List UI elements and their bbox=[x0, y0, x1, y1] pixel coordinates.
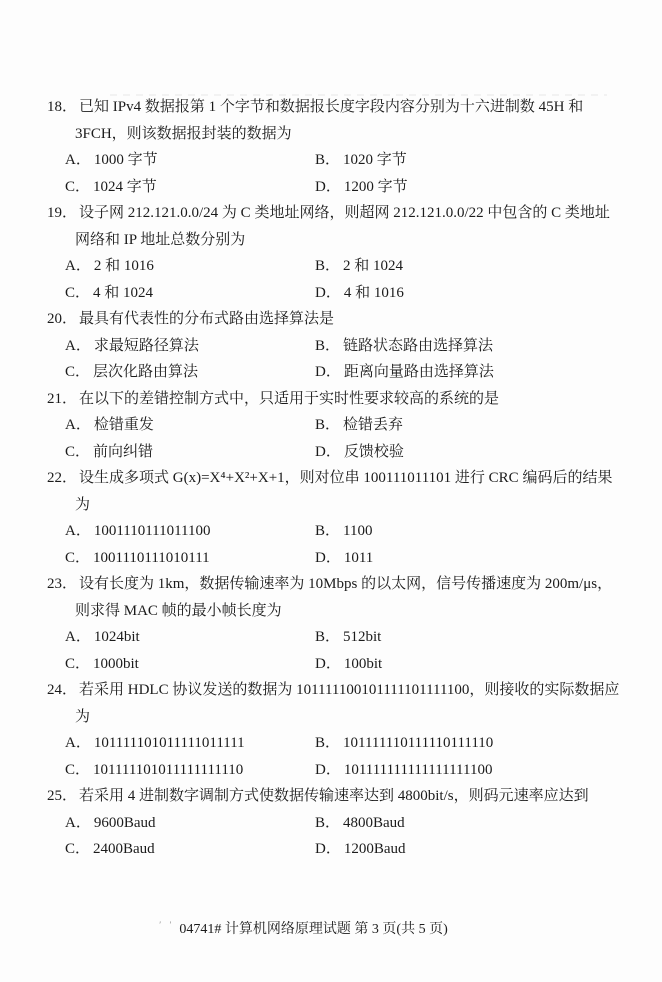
option-label: D． bbox=[315, 762, 341, 778]
option-text: 检错重发 bbox=[94, 417, 154, 433]
question-number: 23． bbox=[47, 576, 77, 592]
question-stem-text: 为 bbox=[75, 497, 90, 513]
option-c: C．1000bit bbox=[65, 651, 315, 678]
option-d: D．反馈校验 bbox=[315, 439, 632, 466]
options-row: A．1000 字节 B．1020 字节 bbox=[65, 147, 632, 174]
option-d: D．1200 字节 bbox=[315, 174, 632, 201]
option-text: 1200 字节 bbox=[344, 179, 408, 195]
option-text: 检错丢弃 bbox=[343, 417, 403, 433]
option-label: D． bbox=[315, 444, 341, 460]
option-c: C．前向纠错 bbox=[65, 439, 315, 466]
option-text: 1024 字节 bbox=[93, 179, 157, 195]
question-20: 20．最具有代表性的分布式路由选择算法是 A．求最短路径算法 B．链路状态路由选… bbox=[47, 306, 632, 386]
question-stem-text: 网络和 IP 地址总数分别为 bbox=[75, 232, 245, 248]
question-stem-text: 设生成多项式 G(x)=X⁴+X²+X+1，则对位串 100111011101 … bbox=[79, 470, 612, 486]
option-text: 101111101011111011111 bbox=[94, 735, 245, 751]
option-label: B． bbox=[315, 523, 340, 539]
option-label: C． bbox=[65, 364, 90, 380]
options-group: A．9600Baud B．4800Baud C．2400Baud D．1200B… bbox=[47, 810, 632, 863]
option-a: A．2 和 1016 bbox=[65, 253, 315, 280]
option-label: D． bbox=[315, 550, 341, 566]
option-a: A．1000 字节 bbox=[65, 147, 315, 174]
option-label: C． bbox=[65, 550, 90, 566]
option-c: C．4 和 1024 bbox=[65, 280, 315, 307]
options-group: A．2 和 1016 B．2 和 1024 C．4 和 1024 D．4 和 1… bbox=[47, 253, 632, 306]
option-label: C． bbox=[65, 444, 90, 460]
option-a: A．求最短路径算法 bbox=[65, 333, 315, 360]
option-b: B．检错丢弃 bbox=[315, 412, 632, 439]
question-number: 20． bbox=[47, 311, 77, 327]
option-c: C．1001110111010111 bbox=[65, 545, 315, 572]
question-number: 21． bbox=[47, 391, 77, 407]
question-stem-text: 设有长度为 1km，数据传输速率为 10Mbps 的以太网，信号传播速度为 20… bbox=[79, 576, 612, 592]
option-label: B． bbox=[315, 338, 340, 354]
option-text: 2 和 1016 bbox=[94, 258, 154, 274]
option-text: 1001110111011100 bbox=[94, 523, 211, 539]
question-stem: 22．设生成多项式 G(x)=X⁴+X²+X+1，则对位串 1001110111… bbox=[47, 465, 632, 492]
footer-text: 04741# 计算机网络原理试题 第 3 页(共 5 页) bbox=[179, 922, 447, 937]
question-number: 19． bbox=[47, 205, 77, 221]
option-text: 1020 字节 bbox=[343, 152, 407, 168]
question-number: 22． bbox=[47, 470, 77, 486]
options-row: C．1000bit D．100bit bbox=[65, 651, 632, 678]
option-label: B． bbox=[315, 735, 340, 751]
option-text: 求最短路径算法 bbox=[94, 338, 199, 354]
footer-stray-marks: ′ ′ bbox=[159, 920, 174, 930]
question-25: 25．若采用 4 进制数字调制方式使数据传输速率达到 4800bit/s，则码元… bbox=[47, 783, 632, 863]
option-d: D．100bit bbox=[315, 651, 632, 678]
question-stem: 21．在以下的差错控制方式中，只适用于实时性要求较高的系统的是 bbox=[47, 386, 632, 413]
option-d: D．1200Baud bbox=[315, 836, 632, 863]
option-c: C．层次化路由算法 bbox=[65, 359, 315, 386]
option-text: 101111101011111111110 bbox=[93, 762, 243, 778]
option-label: A． bbox=[65, 735, 91, 751]
question-stem-cont: 则求得 MAC 帧的最小帧长度为 bbox=[47, 598, 632, 625]
question-22: 22．设生成多项式 G(x)=X⁴+X²+X+1，则对位串 1001110111… bbox=[47, 465, 632, 571]
option-text: 1000bit bbox=[93, 656, 139, 672]
option-label: B． bbox=[315, 152, 340, 168]
option-label: B． bbox=[315, 629, 340, 645]
option-text: 1011 bbox=[344, 550, 373, 566]
options-row: C．1001110111010111 D．1011 bbox=[65, 545, 632, 572]
questions-area: 18．已知 IPv4 数据报第 1 个字节和数据报长度字段内容分别为十六进制数 … bbox=[47, 94, 632, 863]
option-label: B． bbox=[315, 815, 340, 831]
option-label: D． bbox=[315, 841, 341, 857]
option-b: B．1020 字节 bbox=[315, 147, 632, 174]
option-text: 9600Baud bbox=[94, 815, 156, 831]
option-b: B．101111110111110111110 bbox=[315, 730, 632, 757]
option-text: 2400Baud bbox=[93, 841, 155, 857]
options-group: A．1024bit B．512bit C．1000bit D．100bit bbox=[47, 624, 632, 677]
option-text: 1024bit bbox=[94, 629, 140, 645]
option-c: C．1024 字节 bbox=[65, 174, 315, 201]
option-label: C． bbox=[65, 179, 90, 195]
options-group: A．检错重发 B．检错丢弃 C．前向纠错 D．反馈校验 bbox=[47, 412, 632, 465]
option-label: D． bbox=[315, 656, 341, 672]
question-stem: 25．若采用 4 进制数字调制方式使数据传输速率达到 4800bit/s，则码元… bbox=[47, 783, 632, 810]
option-label: C． bbox=[65, 656, 90, 672]
option-c: C．101111101011111111110 bbox=[65, 757, 315, 784]
question-stem: 19．设子网 212.121.0.0/24 为 C 类地址网络，则超网 212.… bbox=[47, 200, 632, 227]
page-footer: ′ ′04741# 计算机网络原理试题 第 3 页(共 5 页) bbox=[0, 915, 662, 940]
question-23: 23．设有长度为 1km，数据传输速率为 10Mbps 的以太网，信号传播速度为… bbox=[47, 571, 632, 677]
option-label: C． bbox=[65, 762, 90, 778]
question-stem-text: 则求得 MAC 帧的最小帧长度为 bbox=[75, 603, 282, 619]
options-group: A．1001110111011100 B．1100 C．100111011101… bbox=[47, 518, 632, 571]
options-group: A．1000 字节 B．1020 字节 C．1024 字节 D．1200 字节 bbox=[47, 147, 632, 200]
question-stem-text: 已知 IPv4 数据报第 1 个字节和数据报长度字段内容分别为十六进制数 45H… bbox=[79, 99, 583, 115]
option-text: 100bit bbox=[344, 656, 382, 672]
option-b: B．链路状态路由选择算法 bbox=[315, 333, 632, 360]
option-text: 反馈校验 bbox=[344, 444, 404, 460]
question-18: 18．已知 IPv4 数据报第 1 个字节和数据报长度字段内容分别为十六进制数 … bbox=[47, 94, 632, 200]
question-24: 24．若采用 HDLC 协议发送的数据为 1011111001011111011… bbox=[47, 677, 632, 783]
option-b: B．2 和 1024 bbox=[315, 253, 632, 280]
option-a: A．1024bit bbox=[65, 624, 315, 651]
option-text: 1000 字节 bbox=[94, 152, 158, 168]
option-text: 1100 bbox=[343, 523, 372, 539]
option-d: D．1011 bbox=[315, 545, 632, 572]
question-number: 25． bbox=[47, 788, 77, 804]
options-row: C．1024 字节 D．1200 字节 bbox=[65, 174, 632, 201]
options-row: C．层次化路由算法 D．距离向量路由选择算法 bbox=[65, 359, 632, 386]
options-row: A．2 和 1016 B．2 和 1024 bbox=[65, 253, 632, 280]
question-21: 21．在以下的差错控制方式中，只适用于实时性要求较高的系统的是 A．检错重发 B… bbox=[47, 386, 632, 466]
option-text: 4 和 1016 bbox=[344, 285, 404, 301]
question-stem-cont: 3FCH，则该数据报封装的数据为 bbox=[47, 121, 632, 148]
option-b: B．512bit bbox=[315, 624, 632, 651]
options-row: C．2400Baud D．1200Baud bbox=[65, 836, 632, 863]
question-stem: 20．最具有代表性的分布式路由选择算法是 bbox=[47, 306, 632, 333]
option-label: A． bbox=[65, 417, 91, 433]
option-d: D．101111111111111111100 bbox=[315, 757, 632, 784]
option-b: B．1100 bbox=[315, 518, 632, 545]
option-label: D． bbox=[315, 179, 341, 195]
question-stem-text: 在以下的差错控制方式中，只适用于实时性要求较高的系统的是 bbox=[79, 391, 499, 407]
question-stem-text: 设子网 212.121.0.0/24 为 C 类地址网络，则超网 212.121… bbox=[79, 205, 610, 221]
option-d: D．4 和 1016 bbox=[315, 280, 632, 307]
question-stem-text: 若采用 4 进制数字调制方式使数据传输速率达到 4800bit/s，则码元速率应… bbox=[79, 788, 589, 804]
question-stem: 18．已知 IPv4 数据报第 1 个字节和数据报长度字段内容分别为十六进制数 … bbox=[47, 94, 632, 121]
options-row: A．检错重发 B．检错丢弃 bbox=[65, 412, 632, 439]
option-text: 距离向量路由选择算法 bbox=[344, 364, 494, 380]
options-row: A．求最短路径算法 B．链路状态路由选择算法 bbox=[65, 333, 632, 360]
option-a: A．检错重发 bbox=[65, 412, 315, 439]
option-a: A．101111101011111011111 bbox=[65, 730, 315, 757]
option-text: 101111111111111111100 bbox=[344, 762, 493, 778]
option-text: 链路状态路由选择算法 bbox=[343, 338, 493, 354]
exam-paper-page: 18．已知 IPv4 数据报第 1 个字节和数据报长度字段内容分别为十六进制数 … bbox=[0, 0, 662, 982]
option-text: 101111110111110111110 bbox=[343, 735, 493, 751]
option-label: A． bbox=[65, 523, 91, 539]
option-label: A． bbox=[65, 629, 91, 645]
option-text: 2 和 1024 bbox=[343, 258, 403, 274]
question-stem-text: 3FCH，则该数据报封装的数据为 bbox=[75, 126, 292, 142]
question-stem-text: 最具有代表性的分布式路由选择算法是 bbox=[79, 311, 334, 327]
option-text: 4800Baud bbox=[343, 815, 405, 831]
option-b: B．4800Baud bbox=[315, 810, 632, 837]
option-text: 4 和 1024 bbox=[93, 285, 153, 301]
option-text: 512bit bbox=[343, 629, 381, 645]
options-row: A．1001110111011100 B．1100 bbox=[65, 518, 632, 545]
options-row: A．1024bit B．512bit bbox=[65, 624, 632, 651]
option-text: 前向纠错 bbox=[93, 444, 153, 460]
option-label: A． bbox=[65, 258, 91, 274]
question-stem-cont: 为 bbox=[47, 492, 632, 519]
question-stem-text: 若采用 HDLC 协议发送的数据为 1011111001011111011111… bbox=[79, 682, 619, 698]
options-row: C．4 和 1024 D．4 和 1016 bbox=[65, 280, 632, 307]
question-stem: 23．设有长度为 1km，数据传输速率为 10Mbps 的以太网，信号传播速度为… bbox=[47, 571, 632, 598]
option-c: C．2400Baud bbox=[65, 836, 315, 863]
option-text: 1001110111010111 bbox=[93, 550, 210, 566]
question-number: 24． bbox=[47, 682, 77, 698]
options-group: A．求最短路径算法 B．链路状态路由选择算法 C．层次化路由算法 D．距离向量路… bbox=[47, 333, 632, 386]
options-row: C．前向纠错 D．反馈校验 bbox=[65, 439, 632, 466]
options-group: A．101111101011111011111 B．10111111011111… bbox=[47, 730, 632, 783]
option-label: C． bbox=[65, 285, 90, 301]
option-a: A．9600Baud bbox=[65, 810, 315, 837]
option-label: A． bbox=[65, 815, 91, 831]
option-a: A．1001110111011100 bbox=[65, 518, 315, 545]
question-19: 19．设子网 212.121.0.0/24 为 C 类地址网络，则超网 212.… bbox=[47, 200, 632, 306]
option-d: D．距离向量路由选择算法 bbox=[315, 359, 632, 386]
option-label: D． bbox=[315, 285, 341, 301]
options-row: A．101111101011111011111 B．10111111011111… bbox=[65, 730, 632, 757]
option-text: 层次化路由算法 bbox=[93, 364, 198, 380]
question-stem-cont: 网络和 IP 地址总数分别为 bbox=[47, 227, 632, 254]
option-label: B． bbox=[315, 258, 340, 274]
question-stem-cont: 为 bbox=[47, 704, 632, 731]
question-number: 18． bbox=[47, 99, 77, 115]
option-label: D． bbox=[315, 364, 341, 380]
option-label: C． bbox=[65, 841, 90, 857]
question-stem-text: 为 bbox=[75, 709, 90, 725]
options-row: A．9600Baud B．4800Baud bbox=[65, 810, 632, 837]
option-text: 1200Baud bbox=[344, 841, 406, 857]
options-row: C．101111101011111111110 D．10111111111111… bbox=[65, 757, 632, 784]
option-label: A． bbox=[65, 338, 91, 354]
option-label: B． bbox=[315, 417, 340, 433]
question-stem: 24．若采用 HDLC 协议发送的数据为 1011111001011111011… bbox=[47, 677, 632, 704]
option-label: A． bbox=[65, 152, 91, 168]
